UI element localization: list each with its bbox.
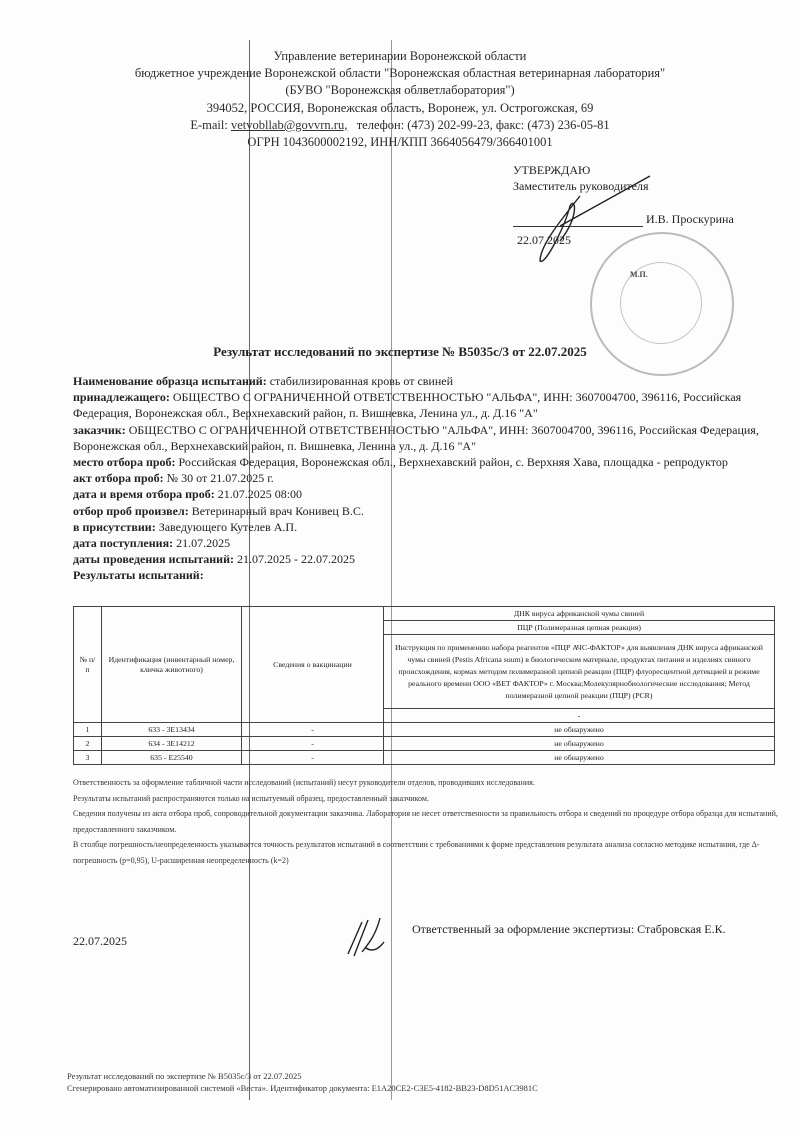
field-sampling-place: место отбора проб: Российская Федерация,… <box>73 454 773 470</box>
header-institution: бюджетное учреждение Воронежской области… <box>0 65 800 83</box>
signature-date: 22.07.2025 <box>73 934 127 949</box>
header-ministry: Управление ветеринарии Воронежской облас… <box>0 48 800 66</box>
header-norm: - <box>384 709 775 723</box>
note: Ответственность за оформление табличной … <box>73 775 783 791</box>
field-sampling-datetime: дата и время отбора проб: 21.07.2025 08:… <box>73 486 773 502</box>
field-customer: заказчик: ОБЩЕСТВО С ОГРАНИЧЕННОЙ ОТВЕТС… <box>73 422 773 454</box>
header-method-doc: Инструкция по применению набора реагенто… <box>384 635 775 709</box>
field-test-dates: даты проведения испытаний: 21.07.2025 - … <box>73 551 773 567</box>
note: В столбце погрешность/неопределенность у… <box>73 837 783 868</box>
header-method-short: ПЦР (Полимеразная цепная реакция) <box>384 621 775 635</box>
field-receipt-date: дата поступления: 21.07.2025 <box>73 535 773 551</box>
header-indicator: ДНК вируса африканской чумы свиней <box>384 607 775 621</box>
note: Результаты испытаний распространяются то… <box>73 791 783 807</box>
document-footer: Результат исследований по экспертизе № B… <box>67 1070 538 1094</box>
field-sample-name: Наименование образца испытаний: стабилиз… <box>73 373 773 389</box>
responsible-signature-icon <box>340 912 390 962</box>
sample-info: Наименование образца испытаний: стабилиз… <box>73 373 773 584</box>
field-owner: принадлежащего: ОБЩЕСТВО С ОГРАНИЧЕННОЙ … <box>73 389 773 421</box>
field-sampled-by: отбор проб произвел: Ветеринарный врач К… <box>73 503 773 519</box>
header-identification: Идентификация (инвентарный номер, кличка… <box>102 607 242 723</box>
footer-reference: Результат исследований по экспертизе № B… <box>67 1070 538 1082</box>
header-vaccination: Сведения о вакцинации <box>242 607 384 723</box>
note: Сведения получены из акта отбора проб, с… <box>73 806 783 837</box>
notes-section: Ответственность за оформление табличной … <box>73 775 783 868</box>
table-row: 3 635 - E25540 - не обнаружено <box>74 751 775 765</box>
field-in-presence: в присутствии: Заведующего Кутелев А.П. <box>73 519 773 535</box>
results-table: № п/п Идентификация (инвентарный номер, … <box>73 606 775 765</box>
email-label: E-mail: <box>190 118 228 132</box>
footer-generated: Сгенерировано автоматизированной системо… <box>67 1082 538 1094</box>
phone-fax: телефон: (473) 202-99-23, факс: (473) 23… <box>357 118 610 132</box>
field-results-heading: Результаты испытаний: <box>73 567 773 583</box>
header-address: 394052, РОССИЯ, Воронежская область, Вор… <box>0 100 800 118</box>
table-row: 2 634 - 3E14212 - не обнаружено <box>74 737 775 751</box>
field-sampling-act: акт отбора проб: № 30 от 21.07.2025 г. <box>73 470 773 486</box>
responsible-person: Ответственный за оформление экспертизы: … <box>412 922 726 937</box>
document-title: Результат исследований по экспертизе № B… <box>0 344 800 360</box>
email-link[interactable]: vetvobllab@govvrn.ru, <box>231 118 347 132</box>
header-contacts: E-mail: vetvobllab@govvrn.ru, телефон: (… <box>0 117 800 135</box>
header-short-name: (БУВО "Воронежская облветлаборатория") <box>0 82 800 100</box>
stamp-label: М.П. <box>630 270 648 279</box>
table-row: 1 633 - 3E13434 - не обнаружено <box>74 723 775 737</box>
header-ogrn: ОГРН 1043600002192, ИНН/КПП 3664056479/3… <box>0 134 800 152</box>
header-num: № п/п <box>74 607 102 723</box>
